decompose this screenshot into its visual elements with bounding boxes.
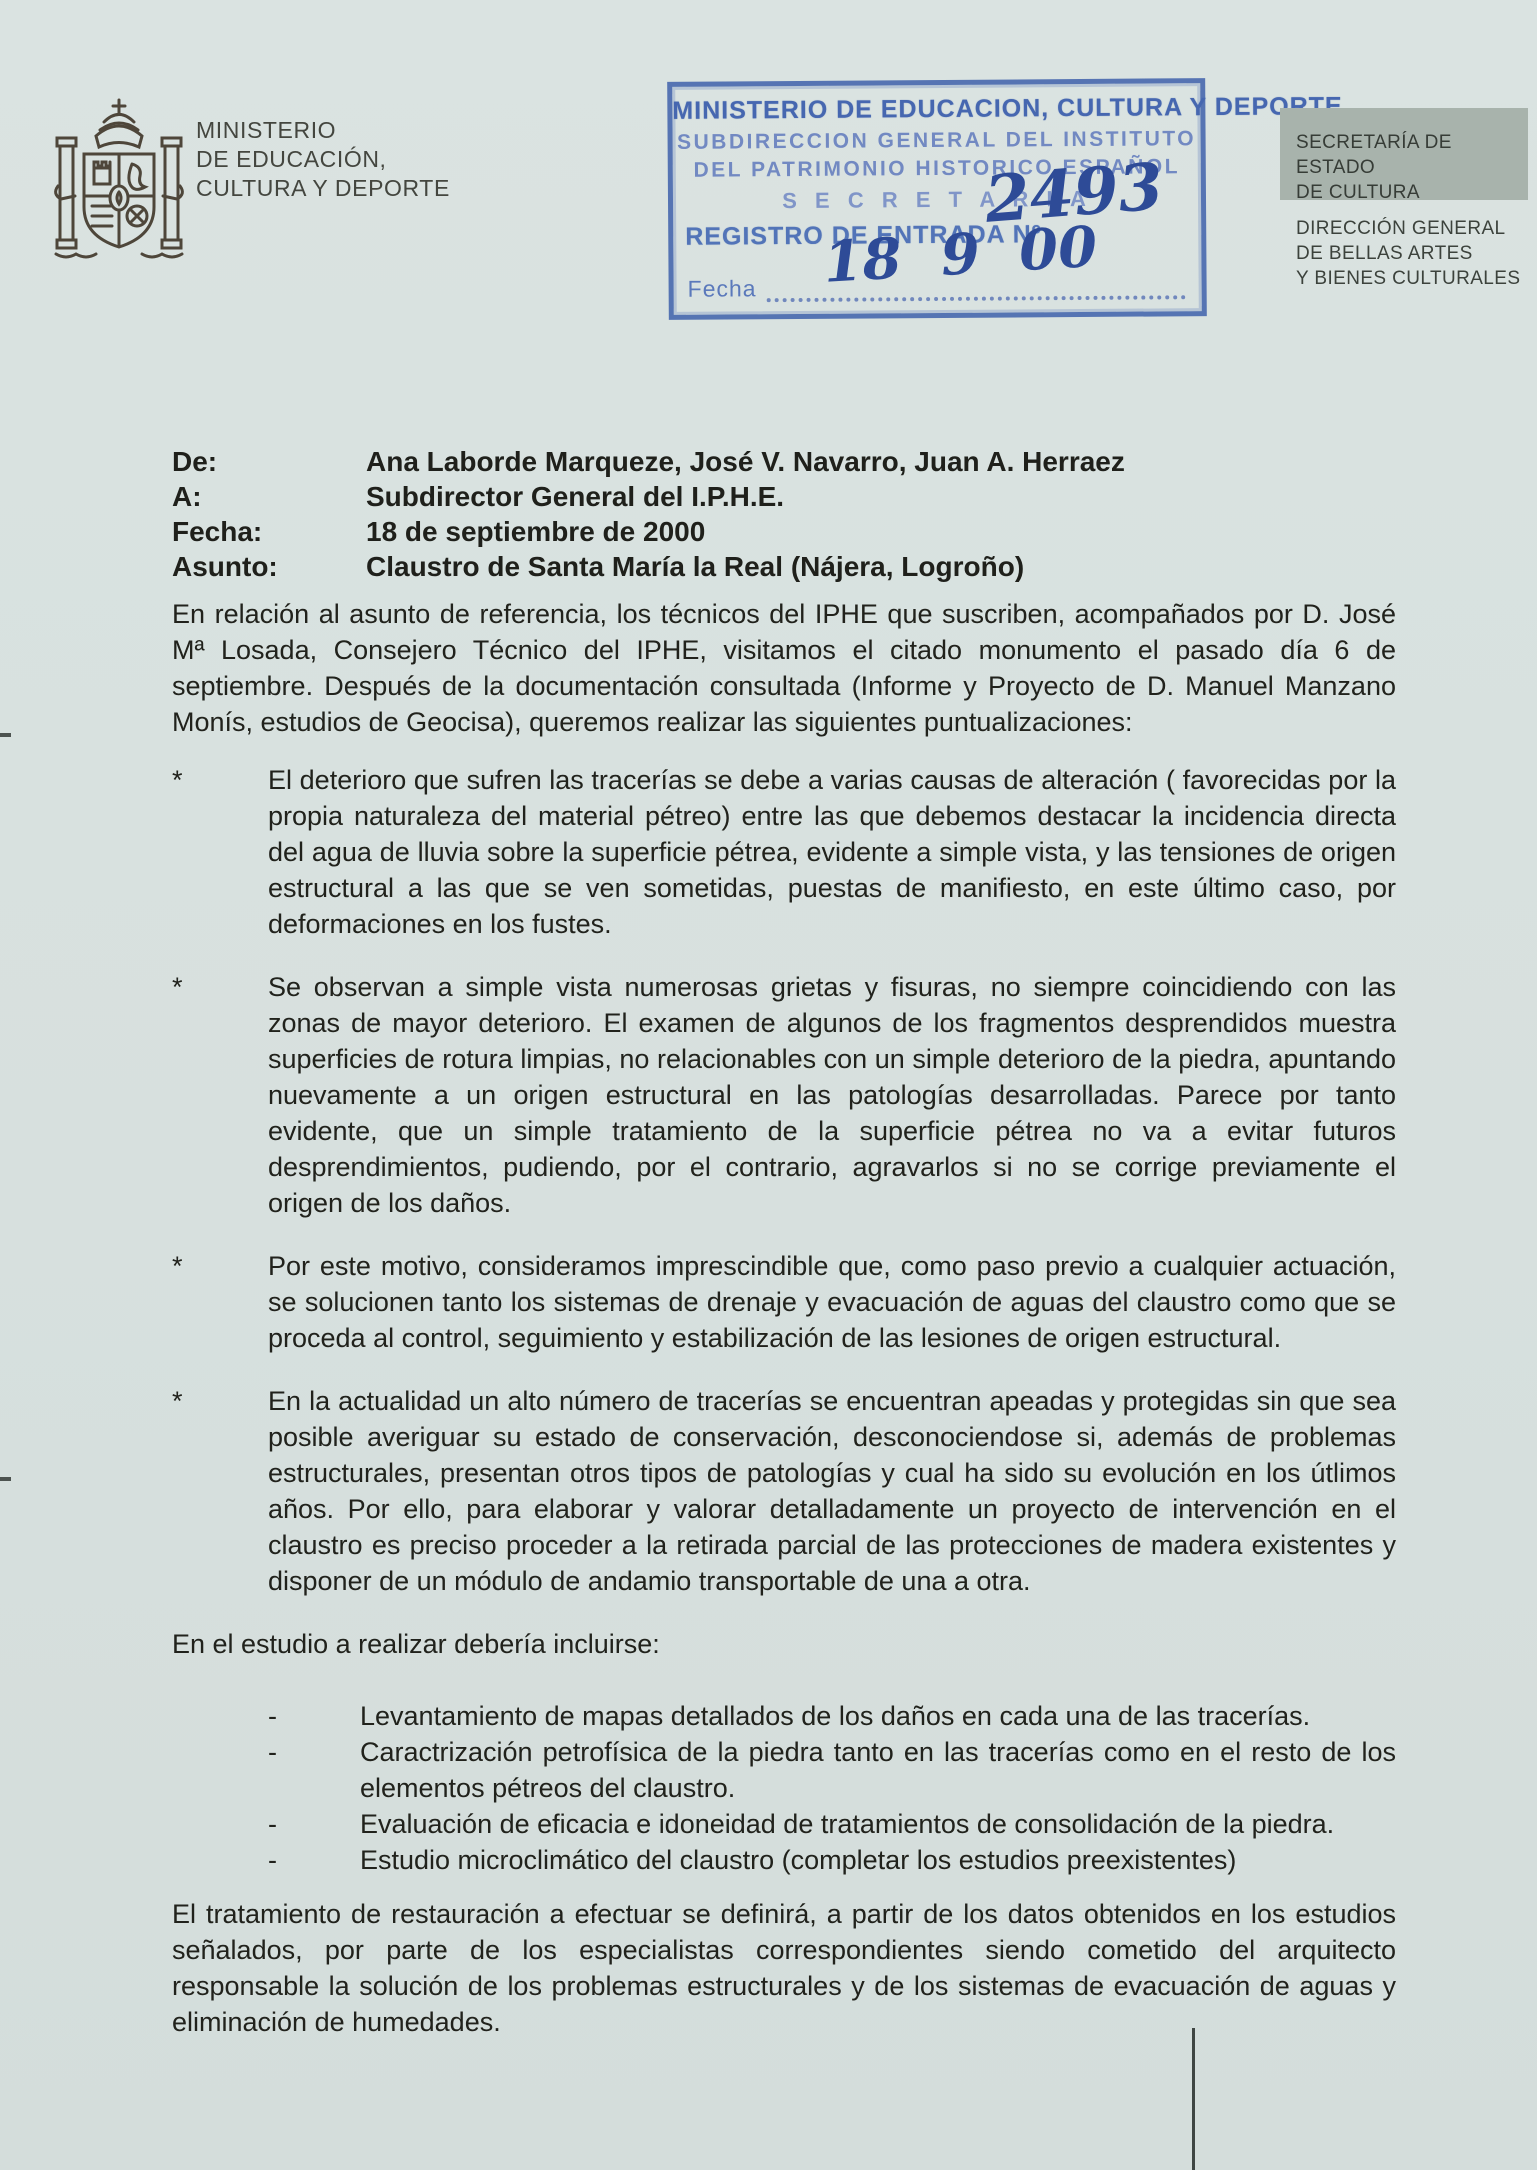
memo-meta-block: De: Ana Laborde Marqueze, José V. Navarr… — [172, 444, 1402, 584]
direccion-line: Y BIENES CULTURALES — [1296, 266, 1520, 291]
meta-value: 18 de septiembre de 2000 — [366, 514, 1402, 549]
meta-row-asunto: Asunto: Claustro de Santa María la Real … — [172, 549, 1402, 584]
direccion-line: DE BELLAS ARTES — [1296, 241, 1520, 266]
study-item-text: Evaluación de eficacia e idoneidad de tr… — [360, 1806, 1396, 1842]
scanned-letter-page: MINISTERIO DE EDUCACIÓN, CULTURA Y DEPOR… — [0, 0, 1537, 2170]
asterisk-marker: * — [172, 1383, 268, 1599]
stamp-subdireccion-line: SUBDIRECCION GENERAL DEL INSTITUTO — [673, 127, 1201, 155]
direccion-general-block: DIRECCIÓN GENERAL DE BELLAS ARTES Y BIEN… — [1296, 216, 1520, 291]
asterisk-marker: * — [172, 969, 268, 1221]
asterisk-marker: * — [172, 762, 268, 942]
dash-marker: - — [268, 1734, 360, 1806]
bullet-item: * En la actualidad un alto número de tra… — [172, 1383, 1396, 1599]
letter-body: En relación al asunto de referencia, los… — [172, 596, 1396, 2067]
meta-row-de: De: Ana Laborde Marqueze, José V. Navarr… — [172, 444, 1402, 479]
coat-of-arms-logo — [52, 92, 186, 264]
bullet-text: Por este motivo, consideramos imprescind… — [268, 1248, 1396, 1356]
meta-value: Ana Laborde Marqueze, José V. Navarro, J… — [366, 444, 1402, 479]
study-list-item: - Estudio microclimático del claustro (c… — [268, 1842, 1396, 1878]
bullet-item: * Se observan a simple vista numerosas g… — [172, 969, 1396, 1221]
meta-value: Claustro de Santa María la Real (Nájera,… — [366, 549, 1402, 584]
meta-label: Fecha: — [172, 514, 366, 549]
study-list-item: - Caractrización petrofísica de la piedr… — [268, 1734, 1396, 1806]
ministry-line: DE EDUCACIÓN, — [196, 145, 450, 174]
bullet-item: * El deterioro que sufren las tracerías … — [172, 762, 1396, 942]
meta-label: De: — [172, 444, 366, 479]
study-item-text: Levantamiento de mapas detallados de los… — [360, 1698, 1396, 1734]
scan-artifact-vertical-line — [1192, 2028, 1195, 2170]
secretaria-estado-box: SECRETARÍA DE ESTADO DE CULTURA — [1280, 108, 1528, 200]
secretaria-line: SECRETARÍA DE ESTADO — [1296, 130, 1528, 180]
spain-coat-of-arms-icon — [52, 92, 186, 264]
bullet-text: El deterioro que sufren las tracerías se… — [268, 762, 1396, 942]
ministry-line: MINISTERIO — [196, 116, 450, 145]
dotted-leader-line — [766, 275, 1185, 302]
ministry-wordmark: MINISTERIO DE EDUCACIÓN, CULTURA Y DEPOR… — [196, 116, 450, 203]
meta-row-a: A: Subdirector General del I.P.H.E. — [172, 479, 1402, 514]
bullet-text: En la actualidad un alto número de trace… — [268, 1383, 1396, 1599]
dash-marker: - — [268, 1806, 360, 1842]
secretaria-line: DE CULTURA — [1296, 180, 1528, 205]
meta-label: Asunto: — [172, 549, 366, 584]
closing-paragraph: El tratamiento de restauración a efectua… — [172, 1896, 1396, 2040]
study-list-item: - Levantamiento de mapas detallados de l… — [268, 1698, 1396, 1734]
meta-value: Subdirector General del I.P.H.E. — [366, 479, 1402, 514]
asterisk-marker: * — [172, 1248, 268, 1356]
study-item-text: Estudio microclimático del claustro (com… — [360, 1842, 1396, 1878]
stamp-ministry-line: MINISTERIO DE EDUCACION, CULTURA Y DEPOR… — [672, 93, 1200, 126]
dash-marker: - — [268, 1698, 360, 1734]
stamp-fecha-row: Fecha — [688, 272, 1186, 302]
stamp-fecha-label: Fecha — [688, 275, 757, 302]
study-list-item: - Evaluación de eficacia e idoneidad de … — [268, 1806, 1396, 1842]
scan-artifact-dash — [0, 1477, 11, 1481]
direccion-line: DIRECCIÓN GENERAL — [1296, 216, 1520, 241]
ministry-line: CULTURA Y DEPORTE — [196, 174, 450, 203]
registry-stamp: MINISTERIO DE EDUCACION, CULTURA Y DEPOR… — [667, 78, 1207, 320]
bullet-text: Se observan a simple vista numerosas gri… — [268, 969, 1396, 1221]
intro-paragraph: En relación al asunto de referencia, los… — [172, 596, 1396, 740]
study-intro-line: En el estudio a realizar debería incluir… — [172, 1626, 1396, 1662]
meta-row-fecha: Fecha: 18 de septiembre de 2000 — [172, 514, 1402, 549]
bullet-item: * Por este motivo, consideramos impresci… — [172, 1248, 1396, 1356]
dash-marker: - — [268, 1842, 360, 1878]
scan-artifact-dash — [0, 733, 11, 737]
meta-label: A: — [172, 479, 366, 514]
study-item-text: Caractrización petrofísica de la piedra … — [360, 1734, 1396, 1806]
